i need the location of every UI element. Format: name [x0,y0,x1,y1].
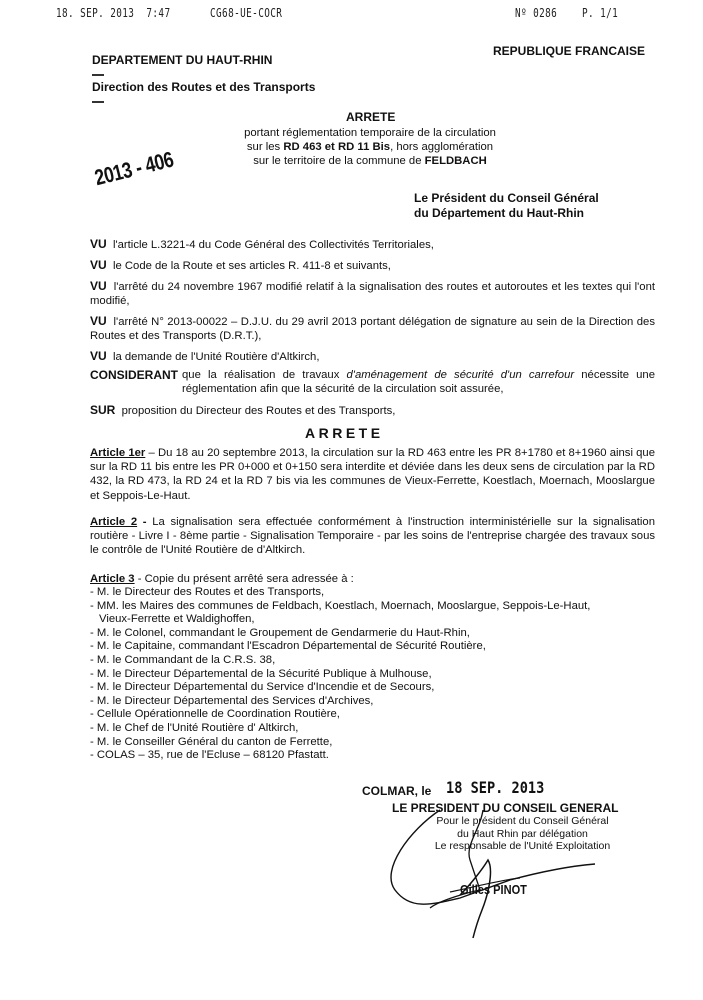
signature-place: COLMAR, le [362,784,431,798]
fax-header-sender: CG68-UE-COCR [210,6,282,20]
recipient-item: - M. le Colonel, commandant le Groupemen… [90,627,590,641]
arrete-heading: ARRETE [305,425,384,441]
department-name: DEPARTEMENT DU HAUT-RHIN [92,53,272,67]
recipient-item: - M. le Conseiller Général du canton de … [90,736,590,750]
consideration-vu-5: VU la demande de l'Unité Routière d'Altk… [90,349,655,364]
document-title: ARRETE [346,110,395,124]
handwritten-signature-icon [370,800,610,940]
sur-proposition: SUR proposition du Directeur des Routes … [90,403,655,418]
issuing-authority: Le Président du Conseil Général du Dépar… [414,191,599,221]
recipient-item: - Cellule Opérationnelle de Coordination… [90,708,590,722]
recipient-item: - M. le Directeur Départemental du Servi… [90,681,590,695]
signature-date-stamp: 18 SEP. 2013 [446,778,544,797]
recipient-item: Vieux-Ferrette et Waldighoffen, [90,613,590,627]
subtitle-line: sur le territoire de la commune de FELDB… [220,154,520,168]
recipient-item: - COLAS – 35, rue de l'Ecluse – 68120 Pf… [90,749,590,763]
divider [92,74,104,76]
recipient-item: - M. le Capitaine, commandant l'Escadron… [90,640,590,654]
fax-header-number: Nº 0286 [515,6,557,20]
consideration-vu-3: VU l'arrêté du 24 novembre 1967 modifié … [90,279,655,308]
fax-header-date: 18. SEP. 2013 7:47 [56,6,170,20]
republic-label: REPUBLIQUE FRANCAISE [493,44,645,58]
recipient-item: - M. le Directeur Départemental de la Sé… [90,668,590,682]
document-subtitle: portant réglementation temporaire de la … [220,126,520,168]
subtitle-line: portant réglementation temporaire de la … [220,126,520,140]
article-3: Article 3 - Copie du présent arrêté sera… [90,572,655,586]
article-1: Article 1er – Du 18 au 20 septembre 2013… [90,446,655,503]
direction-name: Direction des Routes et des Transports [92,80,315,94]
recipient-item: - M. le Chef de l'Unité Routière d' Altk… [90,722,590,736]
recipient-item: - M. le Directeur des Routes et des Tran… [90,586,590,600]
divider [92,101,104,103]
fax-header-page: P. 1/1 [582,6,618,20]
recipient-item: - MM. les Maires des communes de Feldbac… [90,600,590,614]
consideration-vu-2: VU le Code de la Route et ses articles R… [90,258,655,273]
recipient-item: - M. le Directeur Départemental des Serv… [90,695,590,709]
recipients-list: - M. le Directeur des Routes et des Tran… [90,586,590,763]
considerant-text: que la réalisation de travaux d'aménagem… [182,368,655,396]
considerant-label: CONSIDERANT [90,368,178,382]
consideration-vu-1: VU l'article L.3221-4 du Code Général de… [90,237,655,252]
subtitle-line: sur les RD 463 et RD 11 Bis, hors agglom… [220,140,520,154]
recipient-item: - M. le Commandant de la C.R.S. 38, [90,654,590,668]
registration-stamp: 2013 - 406 [92,147,176,192]
consideration-vu-4: VU l'arrêté N° 2013-00022 – D.J.U. du 29… [90,314,655,343]
article-2: Article 2 - La signalisation sera effect… [90,515,655,558]
